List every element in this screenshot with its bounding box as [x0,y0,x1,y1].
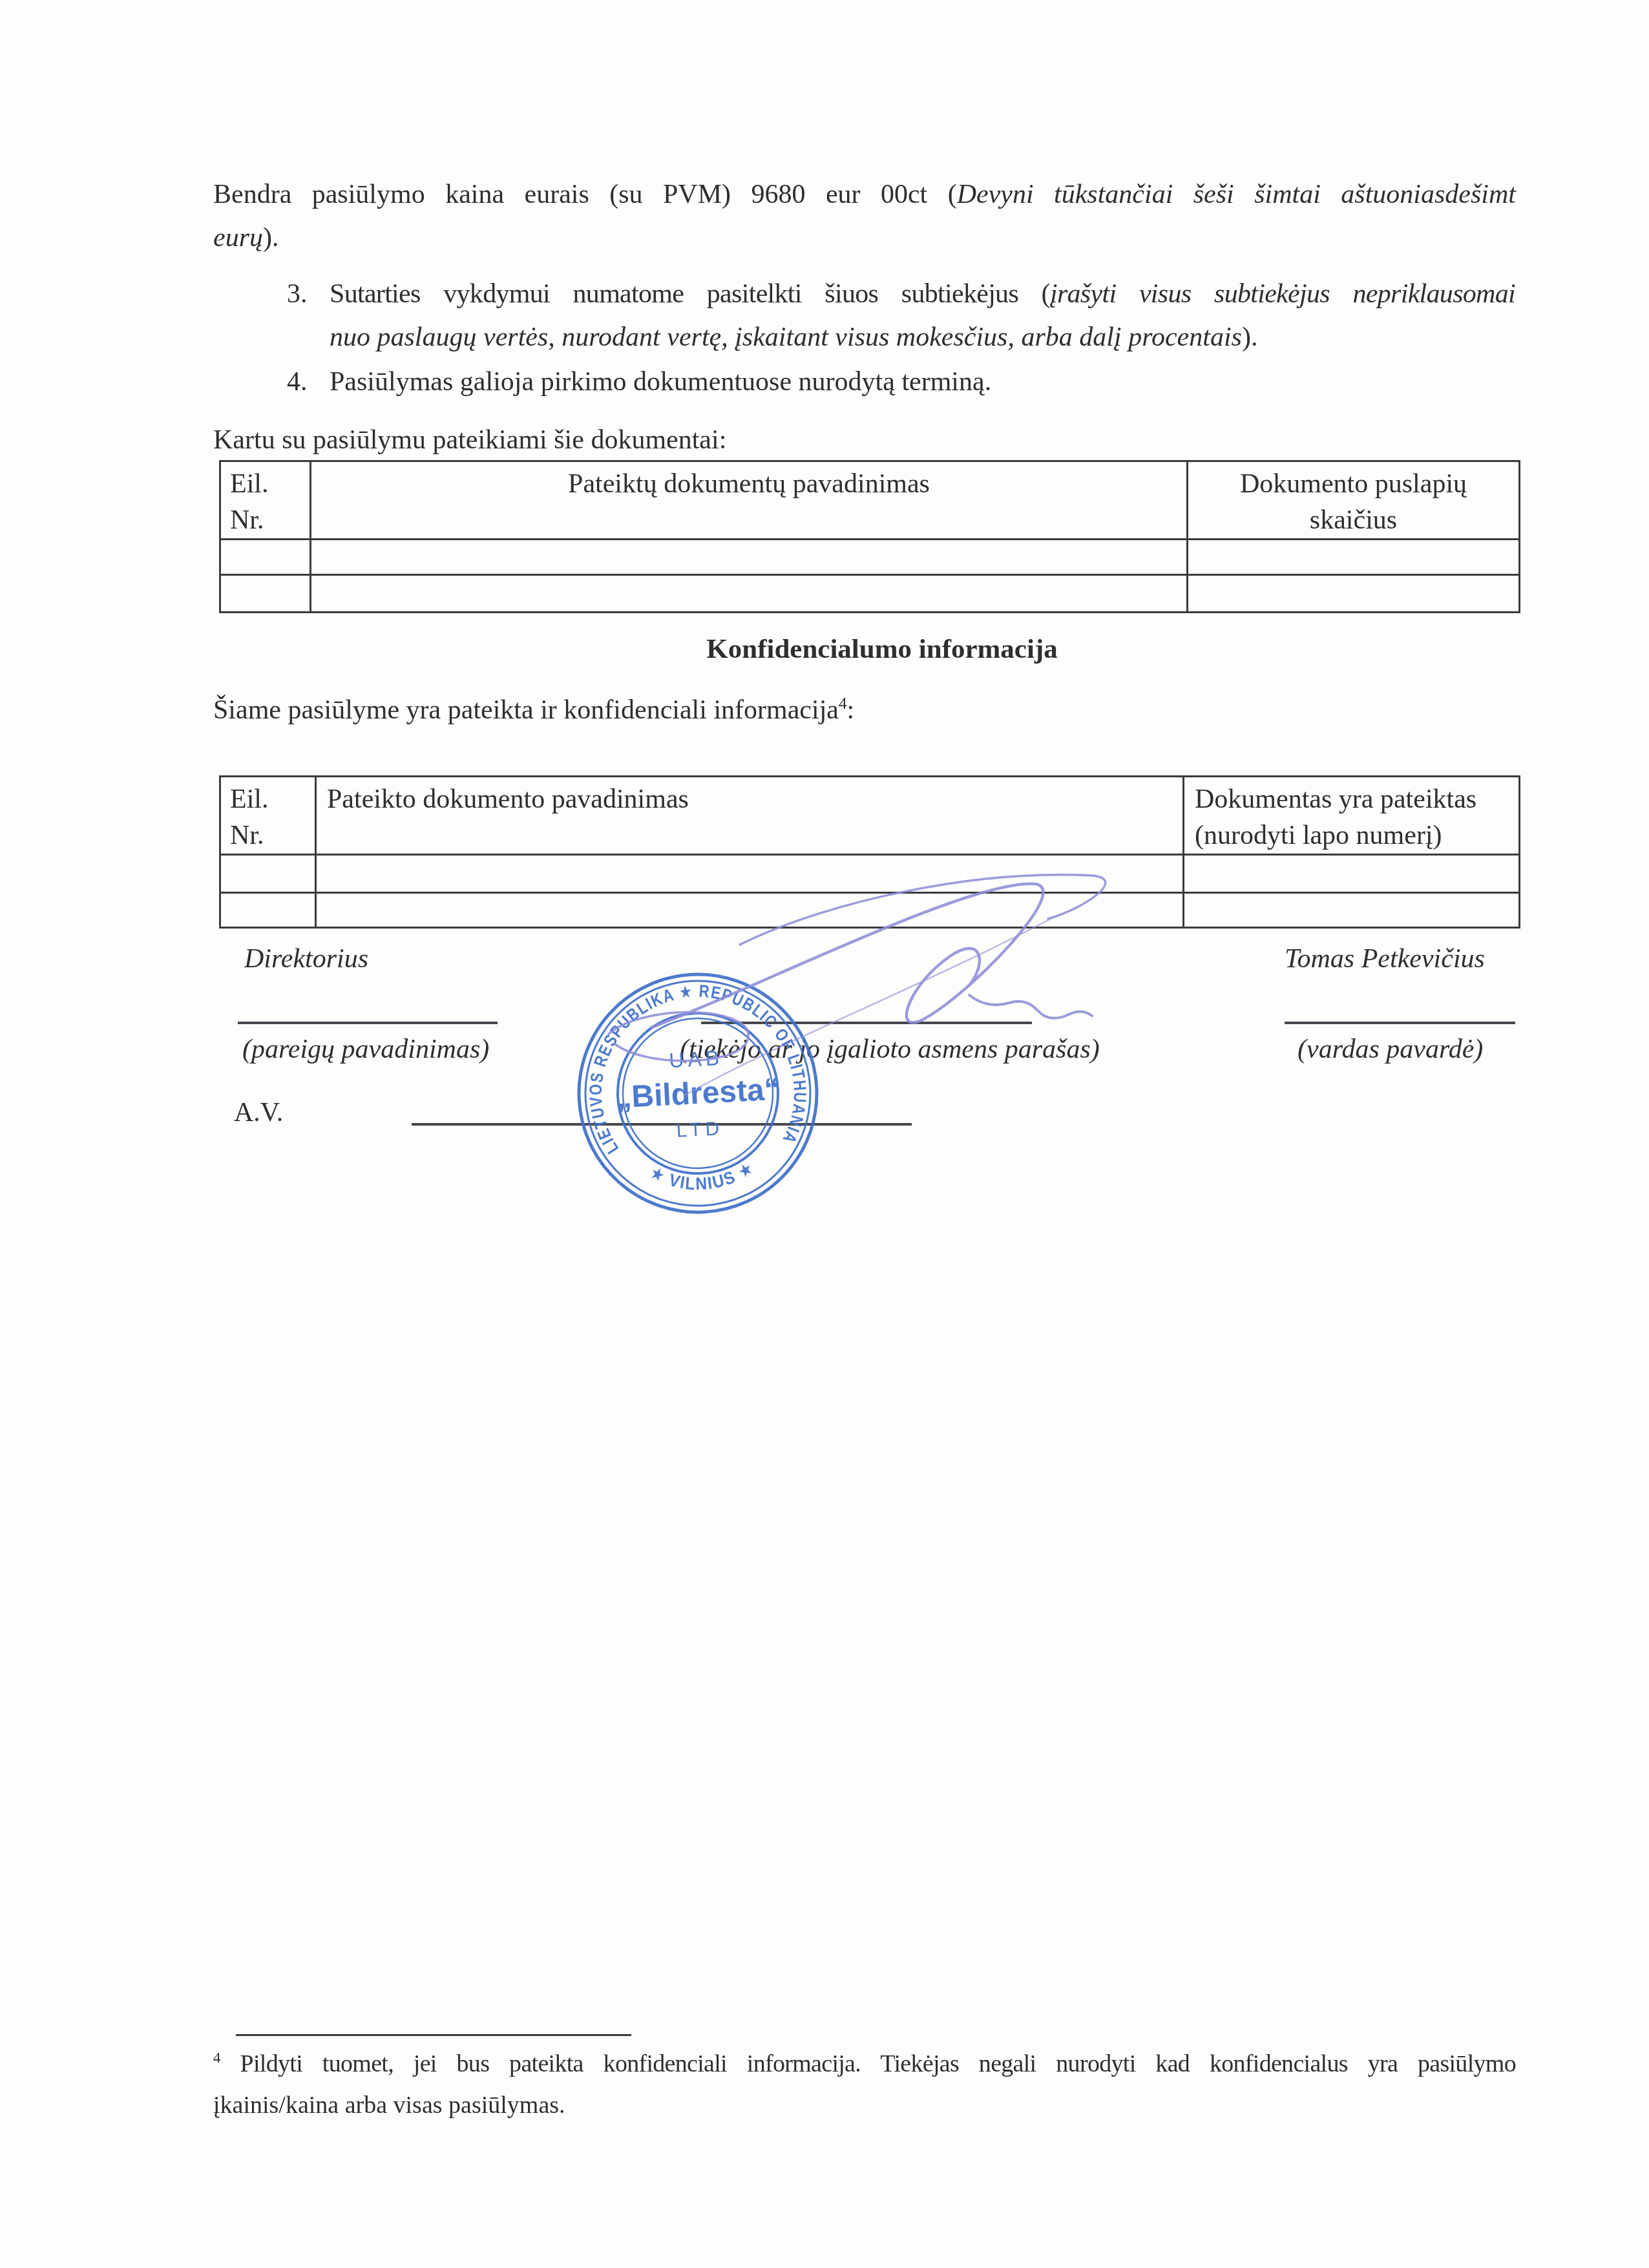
list-item-4-text: Pasiūlymas galioja pirkimo dokumentuose … [330,361,1515,404]
signature-upper-arc [740,875,1106,945]
stamp-bottom-text: ★ VILNIUS ★ [646,1157,759,1197]
price-paragraph: Bendra pasiūlymo kaina eurais (su PVM) 9… [213,173,1516,260]
signature-line-name [1285,1022,1515,1024]
footnote-text1: Pildyti tuomet, jei bus pateikta konfide… [240,2050,1516,2077]
handwritten-signature-svg [556,840,1170,1137]
list-item-3-line1: Sutarties vykdymui numatome pasitelkti š… [330,273,1515,316]
confidentiality-heading: Konfidencialumo informacija [213,633,1551,665]
confidentiality-intro: Šiame pasiūlyme yra pateikta ir konfiden… [213,689,1516,732]
list-item-4-number: 4. [287,361,330,404]
empty-cell [1188,540,1520,575]
footnote-marker: 4 [213,2050,220,2066]
empty-cell [220,893,316,928]
header-page-count: Dokumento puslapiųskaičius [1188,461,1520,540]
price-paragraph-line1: Bendra pasiūlymo kaina eurais (su PVM) 9… [213,173,1516,216]
empty-cell [220,575,311,613]
price-words-italic-end: eurų [213,223,263,253]
empty-cell [1184,855,1520,893]
empty-cell [1188,575,1520,613]
list-item-3-number: 3. [287,273,330,359]
signatory-name: Tomas Petkevičius [1285,943,1485,974]
signature-lower-flourish [609,1013,748,1061]
price-text-end: ). [263,223,279,253]
price-text: Bendra pasiūlymo kaina eurais (su PVM) 9… [213,180,957,209]
empty-cell [1184,893,1520,928]
handwritten-signature [556,840,1170,1137]
scanned-document-page: { "document": { "p1": { "line1_roman": "… [0,0,1649,2268]
header-document-name: Pateiktų dokumentų pavadinimas [311,461,1188,540]
av-seal-mark: A.V. [234,1097,283,1128]
header-document-provided: Dokumentas yra pateiktas(nurodyti lapo n… [1184,777,1520,855]
conf-intro-colon: : [847,695,855,725]
footnote-line1: 4 Pildyti tuomet, jei bus pateikta konfi… [213,2043,1516,2084]
item3-italic: įrašyti visus subtiekėjus nepriklausomai [1050,279,1515,309]
list-item-3: 3. Sutarties vykdymui numatome pasitelkt… [287,273,1515,359]
empty-cell [311,540,1188,575]
price-words-italic: Devyni tūkstančiai šeši šimtai aštuonias… [957,180,1516,209]
signature-line-role [238,1022,498,1024]
documents-table-header-row: Eil.Nr. Pateiktų dokumentų pavadinimas D… [220,461,1520,540]
signatory-role: Direktorius [244,943,368,974]
role-label: (pareigų pavadinimas) [242,1034,489,1065]
list-item-4: 4. Pasiūlymas galioja pirkimo dokumentuo… [287,361,1515,404]
empty-cell [311,575,1188,613]
footnote-ref: 4 [839,695,847,713]
name-label: (vardas pavardė) [1297,1034,1483,1065]
footnote: 4 Pildyti tuomet, jei bus pateikta konfi… [213,2043,1516,2126]
conf-intro-text: Šiame pasiūlyme yra pateikta ir konfiden… [213,695,839,725]
list-item-3-text: Sutarties vykdymui numatome pasitelkti š… [330,273,1515,359]
item3-roman: Sutarties vykdymui numatome pasitelkti š… [330,279,1050,309]
item3-italic2: nuo paslaugų vertės, nurodant vertę, įsk… [330,322,1242,352]
header-eil-nr: Eil.Nr. [220,777,316,855]
signature-scribble [969,995,1092,1018]
item3-roman2: ). [1242,322,1258,352]
footnote-text2: įkainis/kaina arba visas pasiūlymas. [213,2084,1516,2126]
price-paragraph-line2: eurų). [213,216,1516,260]
header-eil-nr: Eil.Nr. [220,461,311,540]
table-row [220,540,1520,575]
list-item-3-line2: nuo paslaugų vertės, nurodant vertę, įsk… [330,316,1515,359]
table-row [220,575,1520,613]
empty-cell [220,855,316,893]
footnote-divider [236,2034,631,2036]
documents-table: Eil.Nr. Pateiktų dokumentų pavadinimas D… [219,460,1520,613]
empty-cell [220,540,311,575]
documents-table-intro: Kartu su pasiūlymu pateikiami šie dokume… [213,419,1516,462]
